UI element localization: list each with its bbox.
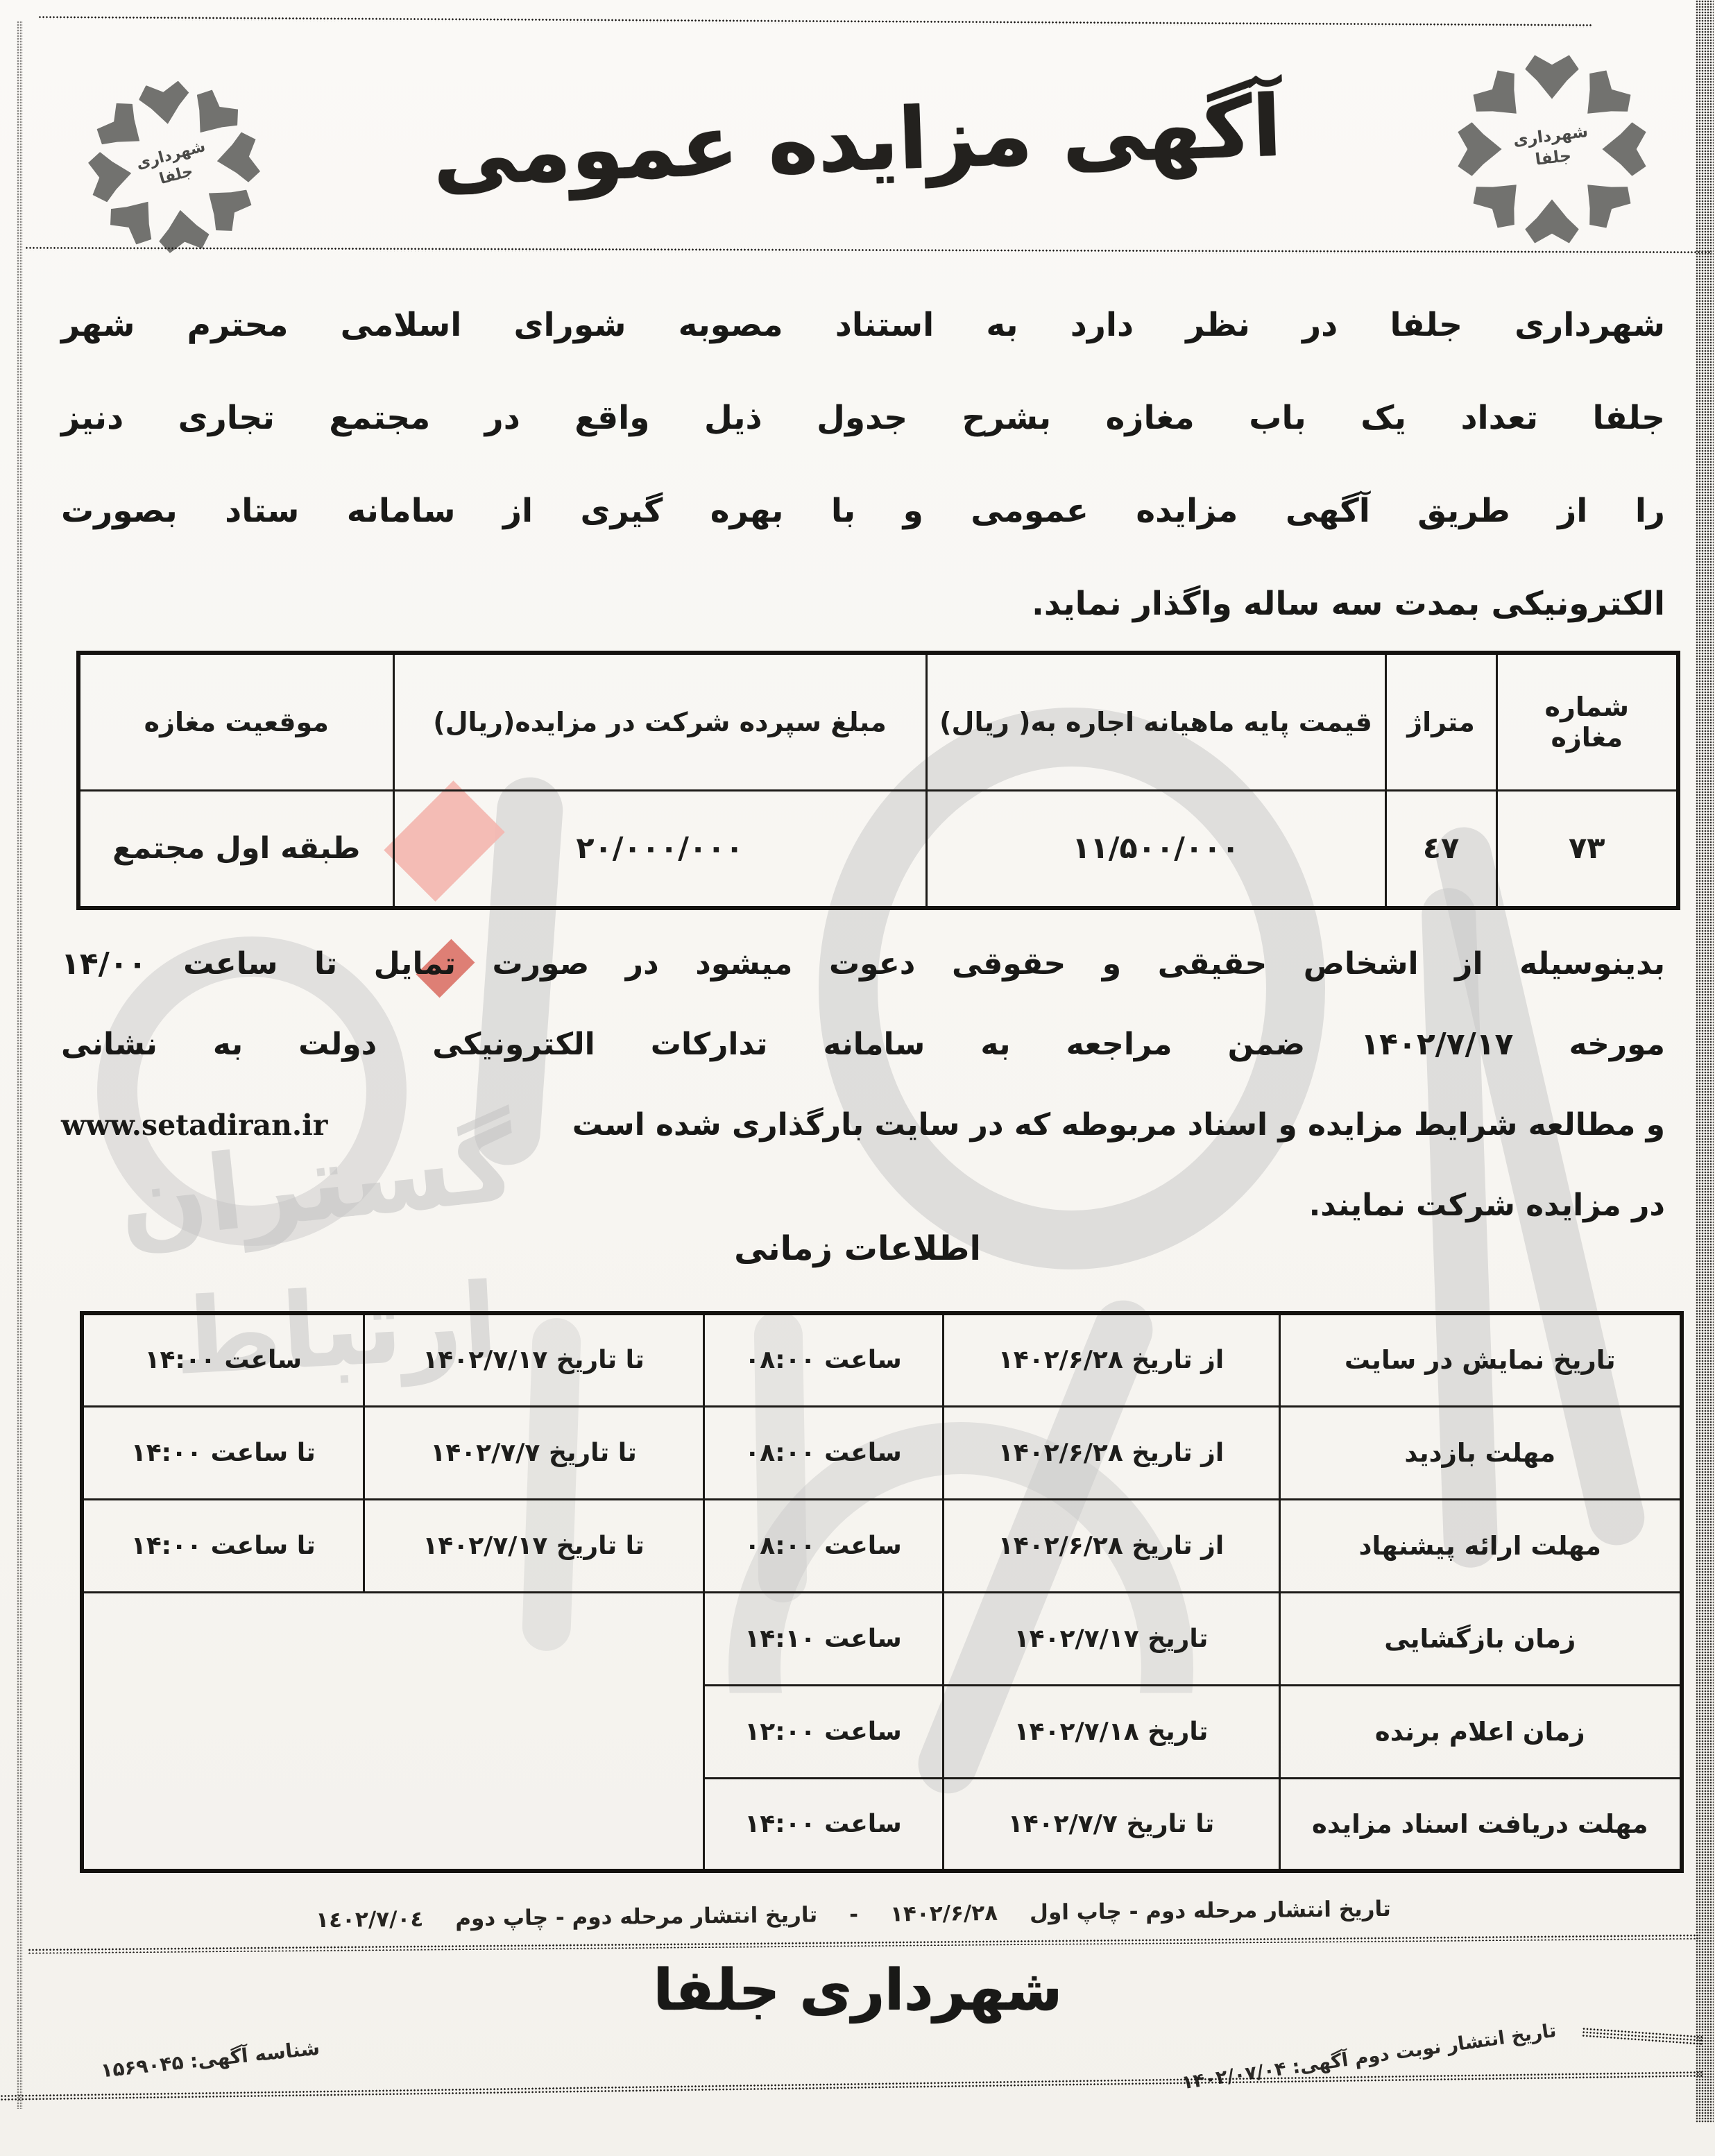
intro-line: الکترونیکی بمدت سه ساله واگذار نماید. — [61, 558, 1665, 651]
schedule-to: تا تاریخ ۱۴۰۲/۷/۱۷ — [364, 1313, 703, 1406]
schedule-hour: ساعت ۱۴:۱۰ — [703, 1592, 943, 1685]
seal-petal — [193, 173, 256, 238]
deposit-value: ۲۰/۰۰۰/۰۰۰ — [393, 790, 926, 908]
schedule-label: مهلت دریافت اسناد مزایده — [1279, 1778, 1682, 1871]
table-row: مهلت بازدید از تاریخ ۱۴۰۲/۶/۲۸ ساعت ۰۸:۰… — [82, 1406, 1682, 1499]
municipality-seal-icon: شهرداریجلفا — [1449, 46, 1655, 252]
shop-table-header-area: متراژ — [1385, 653, 1496, 790]
setadiran-url: www.setadiran.ir — [61, 1085, 327, 1165]
schedule-to-hour: تا ساعت ۱۴:۰۰ — [82, 1499, 364, 1592]
schedule-empty-cell — [82, 1592, 703, 1871]
schedule-hour: ساعت ۰۸:۰۰ — [703, 1313, 943, 1406]
seal-text: شهرداریجلفا — [1447, 113, 1656, 182]
schedule-to-hour: ساعت ۱۴:۰۰ — [82, 1313, 364, 1406]
schedule-from: تاریخ ۱۴۰۲/۷/۱۷ — [943, 1592, 1279, 1685]
invite-line: بدینوسیله از اشخاص حقیقی و حقوقی دعوت می… — [61, 924, 1665, 1004]
publish-dash: - — [849, 1902, 858, 1927]
publish-dates-line: تاریخ انتشار مرحله دوم - چاپ اول ۱۴۰۲/۶/… — [139, 1894, 1568, 1935]
publish-date1: ۱۴۰۲/۶/۲۸ — [890, 1901, 998, 1927]
page-title: آگهی مزایده عمومی — [359, 51, 1355, 231]
left-edge-strip — [17, 21, 23, 2109]
corner-mark — [1582, 2027, 1704, 2045]
area-value: ٤٧ — [1385, 790, 1496, 908]
shop-table-header-shop-no: شماره مغازه — [1496, 653, 1678, 790]
schedule-from: از تاریخ ۱۴۰۲/۶/۲۸ — [943, 1313, 1279, 1406]
schedule-from: از تاریخ ۱۴۰۲/۶/۲۸ — [943, 1499, 1279, 1592]
table-row: مهلت ارائه پیشنهاد از تاریخ ۱۴۰۲/۶/۲۸ سا… — [82, 1499, 1682, 1592]
schedule-heading: اطلاعات زمانی — [649, 1229, 1066, 1268]
mid-rule — [28, 1933, 1698, 1953]
schedule-to: تا تاریخ ۱۴۰۲/۷/۷ — [364, 1406, 703, 1499]
schedule-label: زمان بازگشایی — [1279, 1592, 1682, 1685]
seal-petal — [1525, 55, 1579, 99]
publish-part1: تاریخ انتشار مرحله دوم - چاپ اول — [1030, 1897, 1391, 1925]
schedule-label: مهلت ارائه پیشنهاد — [1279, 1499, 1682, 1592]
intro-line: شهرداری جلفا در نظر دارد به استناد مصوبه… — [61, 279, 1665, 372]
intro-paragraph: شهرداری جلفا در نظر دارد به استناد مصوبه… — [61, 279, 1665, 651]
intro-line: جلفا تعداد یک باب مغازه بشرح جدول ذیل وا… — [61, 372, 1665, 465]
schedule-to: تا تاریخ ۱۴۰۲/۷/۱۷ — [364, 1499, 703, 1592]
intro-line: را از طریق آگهی مزایده عمومی و با بهره گ… — [61, 465, 1665, 558]
table-row: ۷۳ ٤٧ ۱۱/۵۰۰/۰۰۰ ۲۰/۰۰۰/۰۰۰ طبقه اول مجت… — [78, 790, 1678, 908]
shop-table-header-base-price: قیمت پایه ماهیانه اجاره به( ریال) — [926, 653, 1385, 790]
schedule-hour: ساعت ۱۴:۰۰ — [703, 1778, 943, 1871]
schedule-hour: ساعت ۰۸:۰۰ — [703, 1499, 943, 1592]
seal-petal — [1467, 64, 1536, 133]
location-value: طبقه اول مجتمع — [78, 790, 393, 908]
seal-petal — [1569, 166, 1638, 235]
table-row: تاریخ نمایش در سایت از تاریخ ۱۴۰۲/۶/۲۸ س… — [82, 1313, 1682, 1406]
publish-part2: تاریخ انتشار مرحله دوم - چاپ دوم — [455, 1903, 817, 1931]
seal-petal — [137, 80, 193, 128]
invite-line-text: و مطالعه شرایط مزایده و اسناد مربوطه که … — [572, 1085, 1665, 1165]
shop-no-value: ۷۳ — [1496, 790, 1678, 908]
ad-id-note: شناسه آگهی: ۱۵۶۹۰۴۵ — [60, 2033, 359, 2087]
invitation-paragraph: بدینوسیله از اشخاص حقیقی و حقوقی دعوت می… — [61, 924, 1665, 1246]
base-price-value: ۱۱/۵۰۰/۰۰۰ — [926, 790, 1385, 908]
schedule-from: تا تاریخ ۱۴۰۲/۷/۷ — [943, 1778, 1279, 1871]
schedule-to-hour: تا ساعت ۱۴:۰۰ — [82, 1406, 364, 1499]
schedule-table: تاریخ نمایش در سایت از تاریخ ۱۴۰۲/۶/۲۸ س… — [80, 1311, 1684, 1873]
schedule-label: مهلت بازدید — [1279, 1406, 1682, 1499]
shop-table-header-location: موقعیت مغازه — [78, 653, 393, 790]
right-edge-strip — [1696, 0, 1714, 2123]
top-rule — [38, 15, 1592, 28]
bottom-rule — [0, 2071, 1703, 2101]
shop-table-header-deposit: مبلغ سپرده شرکت در مزایده(ریال) — [393, 653, 926, 790]
shop-table: شماره مغازه متراژ قیمت پایه ماهیانه اجار… — [76, 651, 1680, 910]
schedule-hour: ساعت ۰۸:۰۰ — [703, 1406, 943, 1499]
schedule-label: تاریخ نمایش در سایت — [1279, 1313, 1682, 1406]
signature: شهرداری جلفا — [511, 1958, 1204, 2024]
scanned-auction-notice: گستران ارتباط شهرداریجلفا شهرداریجلفا آگ — [0, 0, 1715, 2156]
schedule-from: تاریخ ۱۴۰۲/۷/۱۸ — [943, 1685, 1279, 1778]
schedule-from: از تاریخ ۱۴۰۲/۶/۲۸ — [943, 1406, 1279, 1499]
municipality-seal-icon: شهرداریجلفا — [74, 67, 273, 266]
schedule-hour: ساعت ۱۲:۰۰ — [703, 1685, 943, 1778]
invite-line: مورخه ۱۴۰۲/۷/۱۷ ضمن مراجعه به سامانه تدا… — [61, 1004, 1665, 1085]
publish-date2: ١٤٠٢/٧/٠٤ — [316, 1906, 423, 1933]
schedule-label: زمان اعلام برنده — [1279, 1685, 1682, 1778]
invite-line: www.setadiran.ir و مطالعه شرایط مزایده و… — [61, 1085, 1665, 1165]
seal-petal — [1525, 199, 1579, 243]
table-row: زمان بازگشایی تاریخ ۱۴۰۲/۷/۱۷ ساعت ۱۴:۱۰ — [82, 1592, 1682, 1685]
